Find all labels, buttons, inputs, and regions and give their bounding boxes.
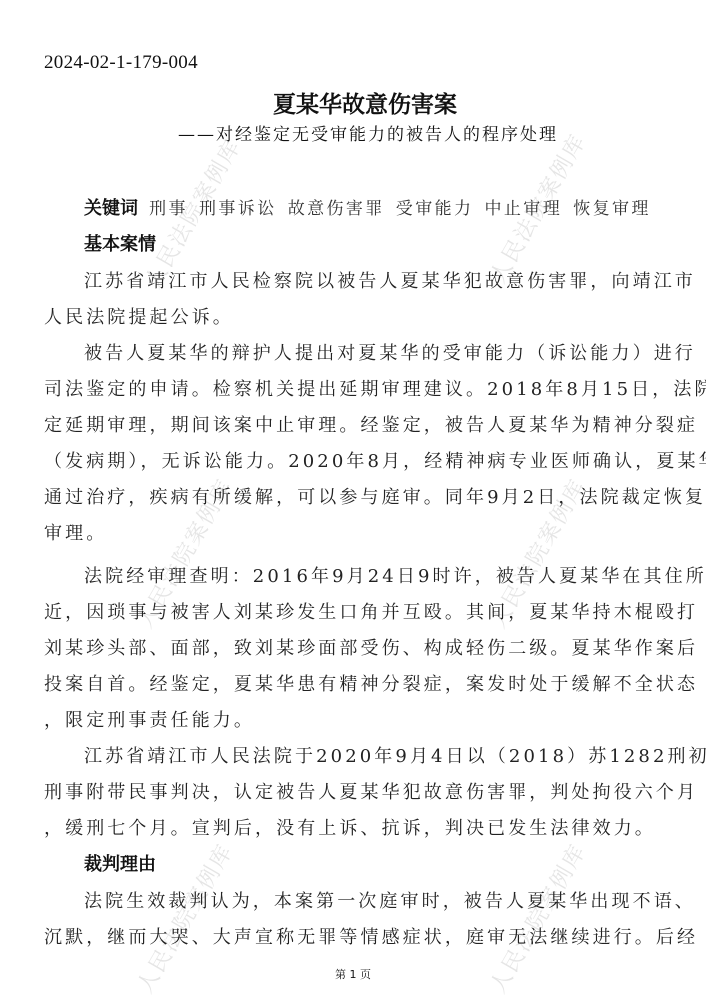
keywords-row: 关键词 刑事 刑事诉讼 故意伤害罪 受审能力 中止审理 恢复审理	[84, 194, 651, 220]
body-line: 审理。	[44, 519, 654, 545]
keyword: 故意伤害罪	[288, 199, 385, 219]
body-line: 近，因琐事与被害人刘某珍发生口角并互殴。其间，夏某华持木棍殴打	[44, 598, 654, 624]
keywords-label: 关键词	[84, 198, 138, 219]
body-line: 司法鉴定的申请。检察机关提出延期审理建议。2018年8月15日，法院决	[44, 375, 654, 401]
keyword: 恢复审理	[573, 199, 651, 219]
body-line: 刘某珍头部、面部，致刘某珍面部受伤、构成轻伤二级。夏某华作案后	[44, 634, 654, 660]
document-page: 人民法院案例库 人民法院案例库 人民法院案例库 人民法院案例库 人民法院案例库 …	[0, 0, 706, 999]
keyword: 受审能力	[396, 199, 474, 219]
body-line: ，缓刑七个月。宣判后，没有上诉、抗诉，判决已发生法律效力。	[44, 814, 654, 840]
keyword: 刑事诉讼	[199, 199, 277, 219]
document-subtitle: ——对经鉴定无受审能力的被告人的程序处理	[178, 120, 558, 145]
section-heading-reasoning: 裁判理由	[84, 850, 156, 876]
body-line: 法院经审理查明：2016年9月24日9时许，被告人夏某华在其住所附	[84, 562, 654, 588]
body-line: 江苏省靖江市人民法院于2020年9月4日以（2018）苏1282刑初281号	[84, 742, 654, 768]
body-line: 通过治疗，疾病有所缓解，可以参与庭审。同年9月2日，法院裁定恢复	[44, 483, 654, 509]
section-heading-basic-facts: 基本案情	[84, 230, 156, 256]
body-line: 法院生效裁判认为，本案第一次庭审时，被告人夏某华出现不语、	[84, 887, 654, 913]
case-number: 2024-02-1-179-004	[44, 52, 198, 74]
page-number: 第 1 页	[0, 966, 706, 982]
body-line: 人民法院提起公诉。	[44, 303, 654, 329]
body-line: 江苏省靖江市人民检察院以被告人夏某华犯故意伤害罪，向靖江市	[84, 267, 654, 293]
body-line: 被告人夏某华的辩护人提出对夏某华的受审能力（诉讼能力）进行	[84, 339, 654, 365]
body-line: 投案自首。经鉴定，夏某华患有精神分裂症，案发时处于缓解不全状态	[44, 670, 654, 696]
body-line: ，限定刑事责任能力。	[44, 706, 654, 732]
body-line: 沉默，继而大哭、大声宣称无罪等情感症状，庭审无法继续进行。后经	[44, 923, 654, 949]
keyword: 刑事	[149, 199, 188, 219]
document-title: 夏某华故意伤害案	[0, 86, 706, 119]
body-line: 定延期审理，期间该案中止审理。经鉴定，被告人夏某华为精神分裂症	[44, 411, 654, 437]
body-line: （发病期），无诉讼能力。2020年8月，经精神病专业医师确认，夏某华	[44, 447, 654, 473]
keyword: 中止审理	[485, 199, 563, 219]
body-line: 刑事附带民事判决，认定被告人夏某华犯故意伤害罪，判处拘役六个月	[44, 778, 654, 804]
